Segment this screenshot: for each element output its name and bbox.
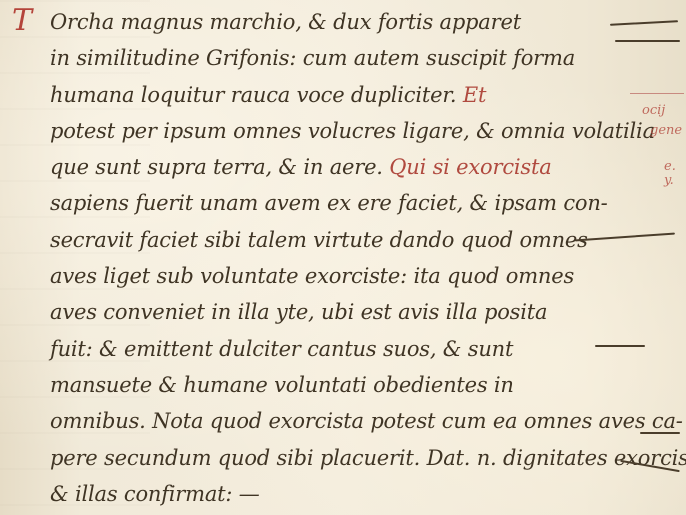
rubric-text: Qui si exorcista	[389, 155, 551, 179]
manuscript-line-13: pere secundum quod sibi placuerit. Dat. …	[50, 440, 670, 476]
margin-note: gene	[650, 124, 682, 138]
line-text: pere secundum quod sibi placuerit. Dat. …	[50, 446, 686, 470]
line-text: que sunt supra terra, & in aere.	[50, 155, 383, 179]
line-text: & illas confirmat: —	[50, 482, 260, 506]
line-end-flourish	[640, 432, 680, 434]
line-end-flourish	[595, 345, 645, 347]
manuscript-line-10: fuit: & emittent dulciter cantus suos, &…	[50, 331, 670, 367]
margin-note: e. y.	[664, 160, 686, 189]
line-end-flourish	[615, 40, 680, 42]
manuscript-line-14: & illas confirmat: —	[50, 476, 670, 512]
manuscript-line-2: in similitudine Grifonis: cum autem susc…	[50, 40, 670, 76]
manuscript-line-6: sapiens fuerit unam avem ex ere faciet, …	[50, 185, 670, 221]
line-text: omnibus. Nota quod exorcista potest cum …	[50, 409, 683, 433]
line-text: potest per ipsum omnes volucres ligare, …	[50, 119, 655, 143]
manuscript-line-8: aves liget sub voluntate exorciste: ita …	[50, 258, 670, 294]
rubric-text: Et	[463, 83, 486, 107]
manuscript-text-block: Orcha magnus marchio, & dux fortis appar…	[50, 4, 670, 512]
line-text: in similitudine Grifonis: cum autem susc…	[50, 46, 575, 70]
margin-note: ocij	[642, 104, 665, 118]
line-text: fuit: & emittent dulciter cantus suos, &…	[50, 337, 513, 361]
manuscript-line-11: mansuete & humane voluntati obedientes i…	[50, 367, 670, 403]
line-text: aves conveniet in illa yte, ubi est avis…	[50, 300, 547, 324]
line-text: humana loquitur rauca voce dupliciter.	[50, 83, 456, 107]
manuscript-line-4: potest per ipsum omnes volucres ligare, …	[50, 113, 670, 149]
manuscript-line-9: aves conveniet in illa yte, ubi est avis…	[50, 294, 670, 330]
manuscript-line-1: Orcha magnus marchio, & dux fortis appar…	[50, 4, 670, 40]
manuscript-page: T Orcha magnus marchio, & dux fortis app…	[0, 0, 686, 515]
line-text: sapiens fuerit unam avem ex ere faciet, …	[50, 191, 608, 215]
manuscript-line-3: humana loquitur rauca voce dupliciter. E…	[50, 77, 670, 113]
margin-stroke	[630, 93, 684, 94]
line-text: aves liget sub voluntate exorciste: ita …	[50, 264, 574, 288]
manuscript-line-5: que sunt supra terra, & in aere. Qui si …	[50, 149, 670, 185]
manuscript-line-12: omnibus. Nota quod exorcista potest cum …	[50, 403, 670, 439]
line-text: secravit faciet sibi talem virtute dando…	[50, 228, 588, 252]
line-text: Orcha magnus marchio, & dux fortis appar…	[50, 10, 521, 34]
rubricated-initial: T	[12, 6, 32, 36]
line-text: mansuete & humane voluntati obedientes i…	[50, 373, 514, 397]
